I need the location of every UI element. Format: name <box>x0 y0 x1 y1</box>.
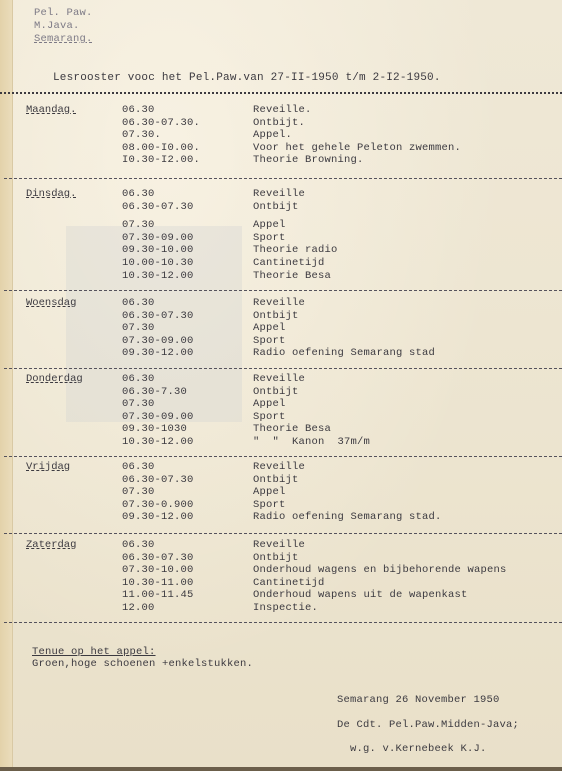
entry-activity: Appel. <box>253 129 292 142</box>
entry-activity: Ontbijt <box>253 386 299 399</box>
entry-time: I0.30-I2.00. <box>122 154 200 167</box>
entry-time: 06.30-07.30. <box>122 117 200 130</box>
entry-activity: Reveille <box>253 188 305 201</box>
entry-activity: Ontbijt <box>253 201 299 214</box>
unit-line-3: Semarang. <box>34 33 93 46</box>
day-divider <box>4 622 562 623</box>
entry-activity: Theorie radio <box>253 244 338 257</box>
day-label: Vrijdag <box>26 461 70 474</box>
entry-time: 08.00-I0.00. <box>122 142 200 155</box>
entry-activity: Sport <box>253 335 286 348</box>
entry-time: 09.30-10.00 <box>122 244 194 257</box>
day-label: Maandag. <box>26 104 76 117</box>
dress-heading: Tenue op het appel: <box>32 646 156 659</box>
entry-time: 06.30 <box>122 461 155 474</box>
entry-activity: Reveille <box>253 539 305 552</box>
entry-activity: Theorie Browning. <box>253 154 364 167</box>
day-label: Woensdag <box>26 297 76 310</box>
entry-activity: Reveille <box>253 297 305 310</box>
entry-activity: Onderhoud wapens uit de wapenkast <box>253 589 468 602</box>
entry-activity: Sport <box>253 499 286 512</box>
day-divider <box>4 368 562 369</box>
day-divider <box>4 178 562 179</box>
entry-time: 06.30 <box>122 297 155 310</box>
entry-activity: " " Kanon 37m/m <box>253 436 370 449</box>
entry-activity: Inspectie. <box>253 602 318 615</box>
entry-activity: Radio oefening Semarang stad <box>253 347 435 360</box>
entry-activity: Appel <box>253 486 286 499</box>
entry-time: 06.30 <box>122 188 155 201</box>
entry-time: 10.00-10.30 <box>122 257 194 270</box>
entry-time: 07.30 <box>122 219 155 232</box>
entry-activity: Cantinetijd <box>253 577 325 590</box>
entry-time: 06.30-7.30 <box>122 386 187 399</box>
entry-time: 10.30-12.00 <box>122 436 194 449</box>
paper-left-edge <box>0 0 13 771</box>
entry-time: 06.30-07.30 <box>122 474 194 487</box>
entry-activity: Cantinetijd <box>253 257 325 270</box>
entry-time: 11.00-11.45 <box>122 589 194 602</box>
day-divider <box>4 456 562 457</box>
entry-time: 07.30-0.900 <box>122 499 194 512</box>
entry-time: 12.00 <box>122 602 155 615</box>
entry-activity: Reveille. <box>253 104 312 117</box>
entry-time: 06.30-07.30 <box>122 552 194 565</box>
day-divider <box>4 533 562 534</box>
entry-activity: Ontbijt <box>253 474 299 487</box>
entry-time: 06.30 <box>122 104 155 117</box>
entry-time: 06.30-07.30 <box>122 310 194 323</box>
day-divider <box>4 290 562 291</box>
entry-time: 09.30-12.00 <box>122 347 194 360</box>
entry-activity: Sport <box>253 232 286 245</box>
paper-bottom-edge <box>0 767 562 771</box>
day-label: Zaterdag <box>26 539 76 552</box>
entry-activity: Theorie Besa <box>253 423 331 436</box>
entry-time: 09.30-12.00 <box>122 511 194 524</box>
entry-activity: Reveille <box>253 373 305 386</box>
unit-line-1: Pel. Paw. <box>34 7 93 20</box>
entry-time: 06.30 <box>122 539 155 552</box>
entry-activity: Appel <box>253 398 286 411</box>
entry-activity: Ontbijt. <box>253 117 305 130</box>
entry-activity: Radio oefening Semarang stad. <box>253 511 442 524</box>
entry-activity: Theorie Besa <box>253 270 331 283</box>
entry-time: 07.30. <box>122 129 161 142</box>
entry-time: 07.30-10.00 <box>122 564 194 577</box>
entry-activity: Appel <box>253 322 286 335</box>
day-label: Donderdag <box>26 373 83 386</box>
dress-text: Groen,hoge schoenen +enkelstukken. <box>32 658 253 671</box>
entry-activity: Ontbijt <box>253 552 299 565</box>
entry-time: 10.30-12.00 <box>122 270 194 283</box>
entry-time: 06.30-07.30 <box>122 201 194 214</box>
entry-time: 09.30-1030 <box>122 423 187 436</box>
entry-activity: Ontbijt <box>253 310 299 323</box>
title-divider <box>0 92 562 94</box>
entry-time: 06.30 <box>122 373 155 386</box>
entry-activity: Onderhoud wagens en bijbehorende wapens <box>253 564 507 577</box>
entry-time: 10.30-11.00 <box>122 577 194 590</box>
entry-time: 07.30-09.00 <box>122 411 194 424</box>
entry-activity: Appel <box>253 219 286 232</box>
day-label: Dinsdag. <box>26 188 76 201</box>
entry-activity: Reveille <box>253 461 305 474</box>
entry-time: 07.30-09.00 <box>122 232 194 245</box>
signatory-title: De Cdt. Pel.Paw.Midden-Java; <box>337 719 519 732</box>
entry-activity: Voor het gehele Peleton zwemmen. <box>253 142 461 155</box>
entry-time: 07.30-09.00 <box>122 335 194 348</box>
entry-time: 07.30 <box>122 398 155 411</box>
entry-activity: Sport <box>253 411 286 424</box>
place-date: Semarang 26 November 1950 <box>337 694 500 707</box>
entry-time: 07.30 <box>122 486 155 499</box>
document-title: Lesrooster vooc het Pel.Paw.van 27-II-19… <box>53 72 441 85</box>
unit-line-2: M.Java. <box>34 20 80 33</box>
signature: w.g. v.Kernebeek K.J. <box>350 743 487 756</box>
entry-time: 07.30 <box>122 322 155 335</box>
